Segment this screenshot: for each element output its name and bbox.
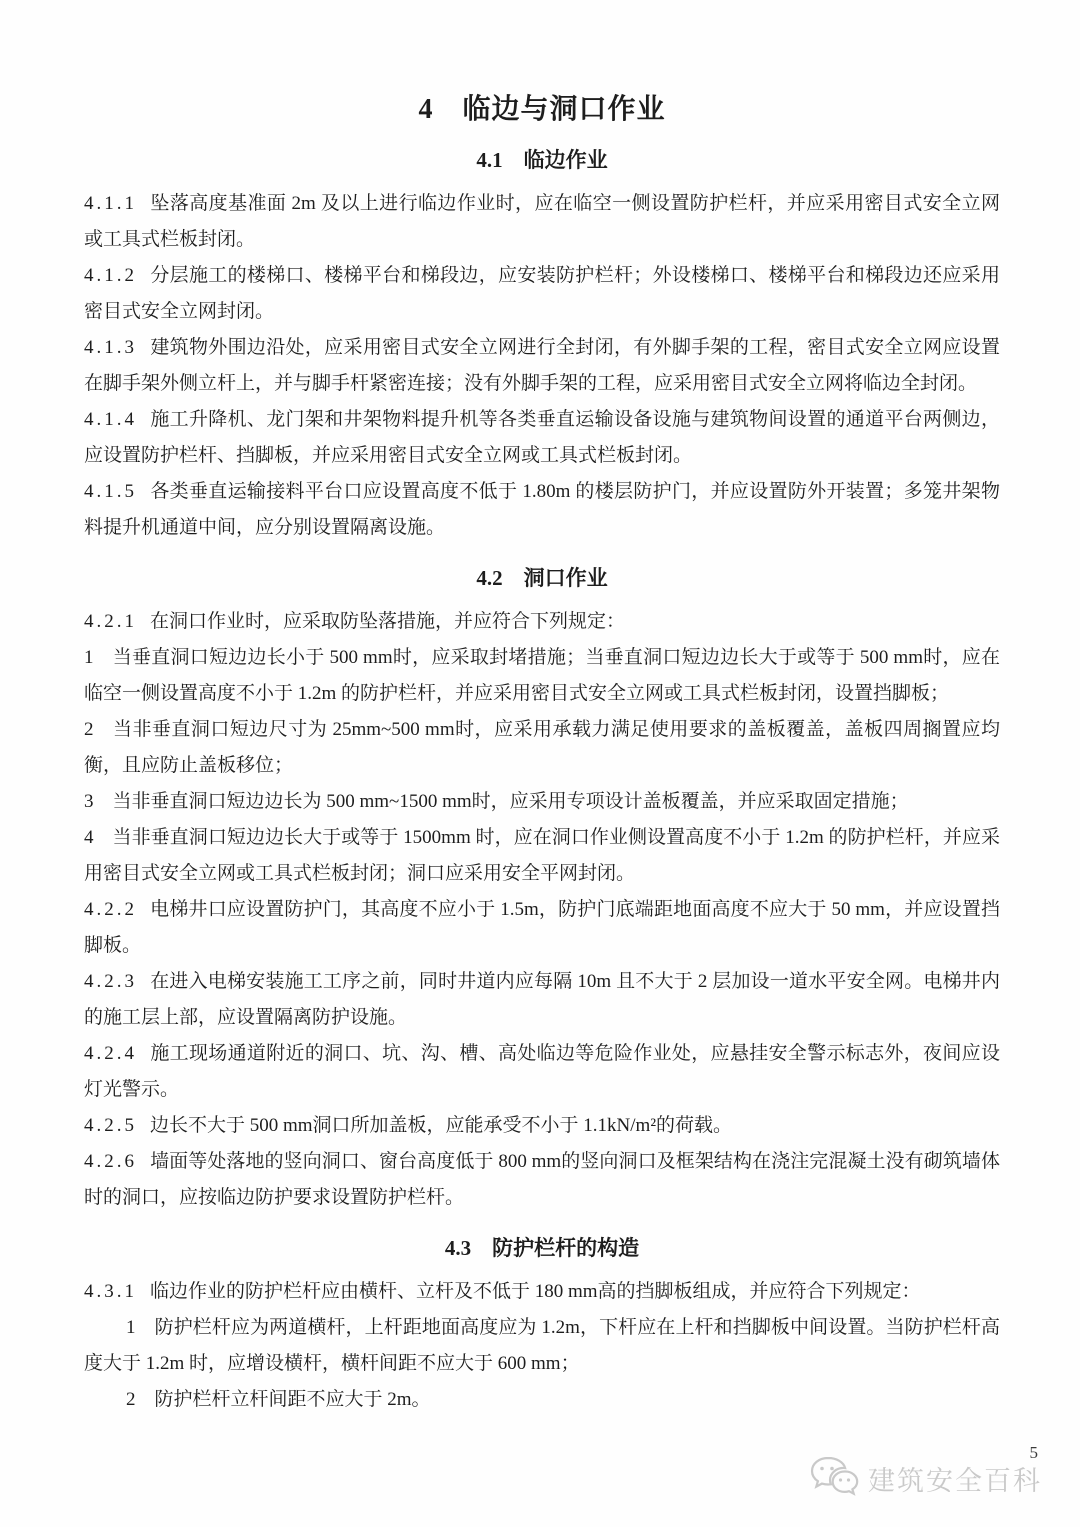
clause-number: 4.1.4 (84, 409, 137, 430)
chapter-title: 4 临边与洞口作业 (84, 92, 1000, 128)
clause-number: 4.2.1 (84, 611, 137, 632)
clause-text: 边长不大于 500 mm洞口所加盖板，应能承受不小于 1.1kN/m²的荷载。 (150, 1115, 732, 1136)
wechat-icon (808, 1455, 860, 1501)
clause-number: 4.2.2 (84, 899, 137, 920)
document-page: 4 临边与洞口作业 4.1 临边作业 4.1.1坠落高度基准面 2m 及以上进行… (0, 0, 1080, 1527)
clause-4-2-3: 4.2.3在进入电梯安装施工工序之前，同时井道内应每隔 10m 且不大于 2 层… (84, 964, 1000, 1036)
clause-4-2-6: 4.2.6墙面等处落地的竖向洞口、窗台高度低于 800 mm的竖向洞口及框架结构… (84, 1144, 1000, 1216)
item-number: 2 (126, 1389, 136, 1410)
clause-text: 坠落高度基准面 2m 及以上进行临边作业时，应在临空一侧设置防护栏杆，并应采用密… (84, 193, 1000, 250)
clause-4-1-3: 4.1.3建筑物外围边沿处，应采用密目式安全立网进行全封闭，有外脚手架的工程，密… (84, 330, 1000, 402)
item-number: 2 (84, 719, 94, 740)
clause-text: 施工现场通道附近的洞口、坑、沟、槽、高处临边等危险作业处，应悬挂安全警示标志外，… (84, 1043, 1000, 1100)
clause-text: 临边作业的防护栏杆应由横杆、立杆及不低于 180 mm高的挡脚板组成，并应符合下… (150, 1281, 921, 1302)
clause-text: 施工升降机、龙门架和井架物料提升机等各类垂直运输设备设施与建筑物间设置的通道平台… (84, 409, 1000, 466)
clause-number: 4.1.2 (84, 265, 137, 286)
section-heading-4-1: 4.1 临边作业 (84, 145, 1000, 175)
clause-4-1-4: 4.1.4施工升降机、龙门架和井架物料提升机等各类垂直运输设备设施与建筑物间设置… (84, 402, 1000, 474)
clause-4-3-1-item-2: 2防护栏杆立杆间距不应大于 2m。 (84, 1382, 1000, 1418)
clause-text: 各类垂直运输接料平台口应设置高度不低于 1.80m 的楼层防护门，并应设置防外开… (84, 481, 1000, 538)
clause-number: 4.2.4 (84, 1043, 137, 1064)
item-number: 4 (84, 827, 94, 848)
clause-4-2-1-item-1: 1当垂直洞口短边边长小于 500 mm时，应采取封堵措施；当垂直洞口短边边长大于… (84, 640, 1000, 712)
clause-4-2-5: 4.2.5边长不大于 500 mm洞口所加盖板，应能承受不小于 1.1kN/m²… (84, 1108, 1000, 1144)
watermark: 建筑安全百科 (808, 1455, 1042, 1501)
clause-number: 4.1.3 (84, 337, 137, 358)
clause-text: 建筑物外围边沿处，应采用密目式安全立网进行全封闭，有外脚手架的工程，密目式安全立… (84, 337, 1000, 394)
item-text: 当非垂直洞口短边边长大于或等于 1500mm 时，应在洞口作业侧设置高度不小于 … (84, 827, 1000, 884)
item-number: 1 (126, 1317, 136, 1338)
clause-number: 4.3.1 (84, 1281, 137, 1302)
clause-number: 4.2.3 (84, 971, 137, 992)
clause-text: 电梯井口应设置防护门，其高度不应小于 1.5m，防护门底端距地面高度不应大于 5… (84, 899, 1000, 956)
clause-4-2-1-item-3: 3当非垂直洞口短边边长为 500 mm~1500 mm时，应采用专项设计盖板覆盖… (84, 784, 1000, 820)
clause-text: 在洞口作业时，应采取防坠落措施，并应符合下列规定： (150, 611, 625, 632)
item-text: 当非垂直洞口短边边长为 500 mm~1500 mm时，应采用专项设计盖板覆盖，… (113, 791, 909, 812)
clause-4-1-5: 4.1.5各类垂直运输接料平台口应设置高度不低于 1.80m 的楼层防护门，并应… (84, 474, 1000, 546)
clause-4-1-1: 4.1.1坠落高度基准面 2m 及以上进行临边作业时，应在临空一侧设置防护栏杆，… (84, 186, 1000, 258)
item-number: 3 (84, 791, 94, 812)
item-text: 当垂直洞口短边边长小于 500 mm时，应采取封堵措施；当垂直洞口短边边长大于或… (84, 647, 1000, 704)
item-text: 防护栏杆立杆间距不应大于 2m。 (155, 1389, 431, 1410)
clause-4-2-1-item-2: 2当非垂直洞口短边尺寸为 25mm~500 mm时，应采用承载力满足使用要求的盖… (84, 712, 1000, 784)
clause-4-3-1: 4.3.1临边作业的防护栏杆应由横杆、立杆及不低于 180 mm高的挡脚板组成，… (84, 1274, 1000, 1310)
watermark-label: 建筑安全百科 (868, 1459, 1042, 1498)
clause-4-2-4: 4.2.4施工现场通道附近的洞口、坑、沟、槽、高处临边等危险作业处，应悬挂安全警… (84, 1036, 1000, 1108)
clause-number: 4.2.6 (84, 1151, 137, 1172)
clause-4-2-1-item-4: 4当非垂直洞口短边边长大于或等于 1500mm 时，应在洞口作业侧设置高度不小于… (84, 820, 1000, 892)
clause-4-2-1: 4.2.1在洞口作业时，应采取防坠落措施，并应符合下列规定： (84, 604, 1000, 640)
clause-text: 墙面等处落地的竖向洞口、窗台高度低于 800 mm的竖向洞口及框架结构在浇注完混… (84, 1151, 1000, 1208)
clause-number: 4.1.5 (84, 481, 137, 502)
clause-4-1-2: 4.1.2分层施工的楼梯口、楼梯平台和梯段边，应安装防护栏杆；外设楼梯口、楼梯平… (84, 258, 1000, 330)
item-text: 当非垂直洞口短边尺寸为 25mm~500 mm时，应采用承载力满足使用要求的盖板… (84, 719, 1000, 776)
section-heading-4-3: 4.3 防护栏杆的构造 (84, 1233, 1000, 1263)
clause-4-3-1-item-1: 1防护栏杆应为两道横杆，上杆距地面高度应为 1.2m，下杆应在上杆和挡脚板中间设… (84, 1310, 1000, 1382)
clause-text: 在进入电梯安装施工工序之前，同时井道内应每隔 10m 且不大于 2 层加设一道水… (84, 971, 1000, 1028)
item-text: 防护栏杆应为两道横杆，上杆距地面高度应为 1.2m，下杆应在上杆和挡脚板中间设置… (84, 1317, 1000, 1374)
section-heading-4-2: 4.2 洞口作业 (84, 563, 1000, 593)
clause-4-2-2: 4.2.2电梯井口应设置防护门，其高度不应小于 1.5m，防护门底端距地面高度不… (84, 892, 1000, 964)
clause-text: 分层施工的楼梯口、楼梯平台和梯段边，应安装防护栏杆；外设楼梯口、楼梯平台和梯段边… (84, 265, 1000, 322)
clause-number: 4.1.1 (84, 193, 137, 214)
clause-number: 4.2.5 (84, 1115, 137, 1136)
item-number: 1 (84, 647, 94, 668)
